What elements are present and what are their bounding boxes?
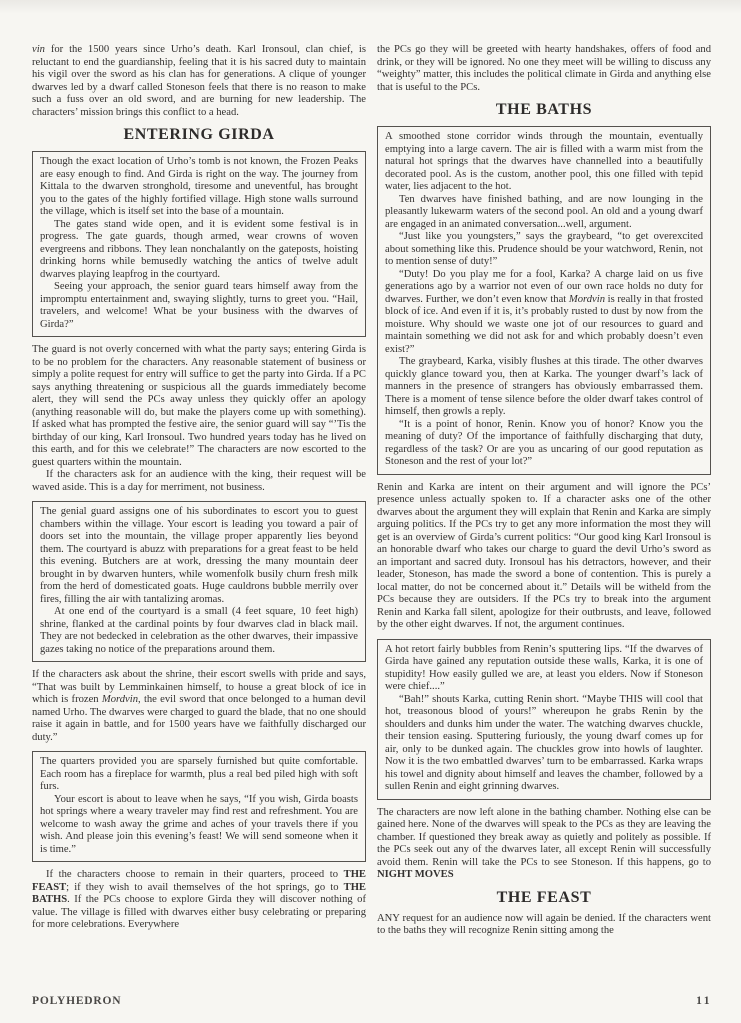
box-paragraph: The gates stand wide open, and it is evi… <box>40 219 358 282</box>
box-paragraph: Though the exact location of Urho’s tomb… <box>40 156 358 219</box>
box-paragraph: The quarters provided you are sparsely f… <box>40 756 358 794</box>
body-paragraph: Renin and Karka are intent on their argu… <box>377 482 711 632</box>
boxed-readaloud-text: A hot retort fairly bubbles from Renin’s… <box>377 639 711 800</box>
body-paragraph: If the characters ask for an audience wi… <box>32 469 366 494</box>
body-paragraph: The characters are now left alone in the… <box>377 807 711 882</box>
boxed-readaloud-text: The quarters provided you are sparsely f… <box>32 751 366 862</box>
section-heading: THE FEAST <box>377 889 711 907</box>
body-paragraph: the PCs go they will be greeted with hea… <box>377 44 711 94</box>
body-paragraph: vin for the 1500 years since Urho’s deat… <box>32 44 366 119</box>
page-number: 11 <box>696 995 712 1007</box>
body-paragraph: If the characters ask about the shrine, … <box>32 669 366 744</box>
box-paragraph: Seeing your approach, the senior guard t… <box>40 281 358 331</box>
magazine-title: POLYHEDRON <box>32 995 121 1007</box>
boxed-readaloud-text: A smoothed stone corridor winds through … <box>377 126 711 475</box>
box-paragraph: Ten dwarves have finished bathing, and a… <box>385 194 703 232</box>
page-footer: POLYHEDRON 11 <box>32 995 712 1007</box>
body-paragraph: If the characters choose to remain in th… <box>32 869 366 932</box>
left-column: vin for the 1500 years since Urho’s deat… <box>32 44 366 938</box>
boxed-readaloud-text: The genial guard assigns one of his subo… <box>32 501 366 662</box>
body-paragraph: The guard is not overly concerned with w… <box>32 344 366 469</box>
box-paragraph: At one end of the courtyard is a small (… <box>40 606 358 656</box>
box-paragraph: “Just like you youngsters,” says the gra… <box>385 231 703 269</box>
box-paragraph: “Bah!” shouts Karka, cutting Renin short… <box>385 694 703 794</box>
boxed-readaloud-text: Though the exact location of Urho’s tomb… <box>32 151 366 337</box>
box-paragraph: Your escort is about to leave when he sa… <box>40 794 358 857</box>
magazine-page: vin for the 1500 years since Urho’s deat… <box>0 0 741 1023</box>
two-column-layout: vin for the 1500 years since Urho’s deat… <box>32 44 712 938</box>
section-heading: THE BATHS <box>377 101 711 119</box>
box-paragraph: A hot retort fairly bubbles from Renin’s… <box>385 644 703 694</box>
box-paragraph: The genial guard assigns one of his subo… <box>40 506 358 606</box>
section-heading: ENTERING GIRDA <box>32 126 366 144</box>
box-paragraph: A smoothed stone corridor winds through … <box>385 131 703 194</box>
body-paragraph: ANY request for an audience now will aga… <box>377 913 711 938</box>
right-column: the PCs go they will be greeted with hea… <box>377 44 711 938</box>
box-paragraph: “It is a point of honor, Renin. Know you… <box>385 419 703 469</box>
box-paragraph: The graybeard, Karka, visibly flushes at… <box>385 356 703 419</box>
box-paragraph: “Duty! Do you play me for a fool, Karka?… <box>385 269 703 357</box>
